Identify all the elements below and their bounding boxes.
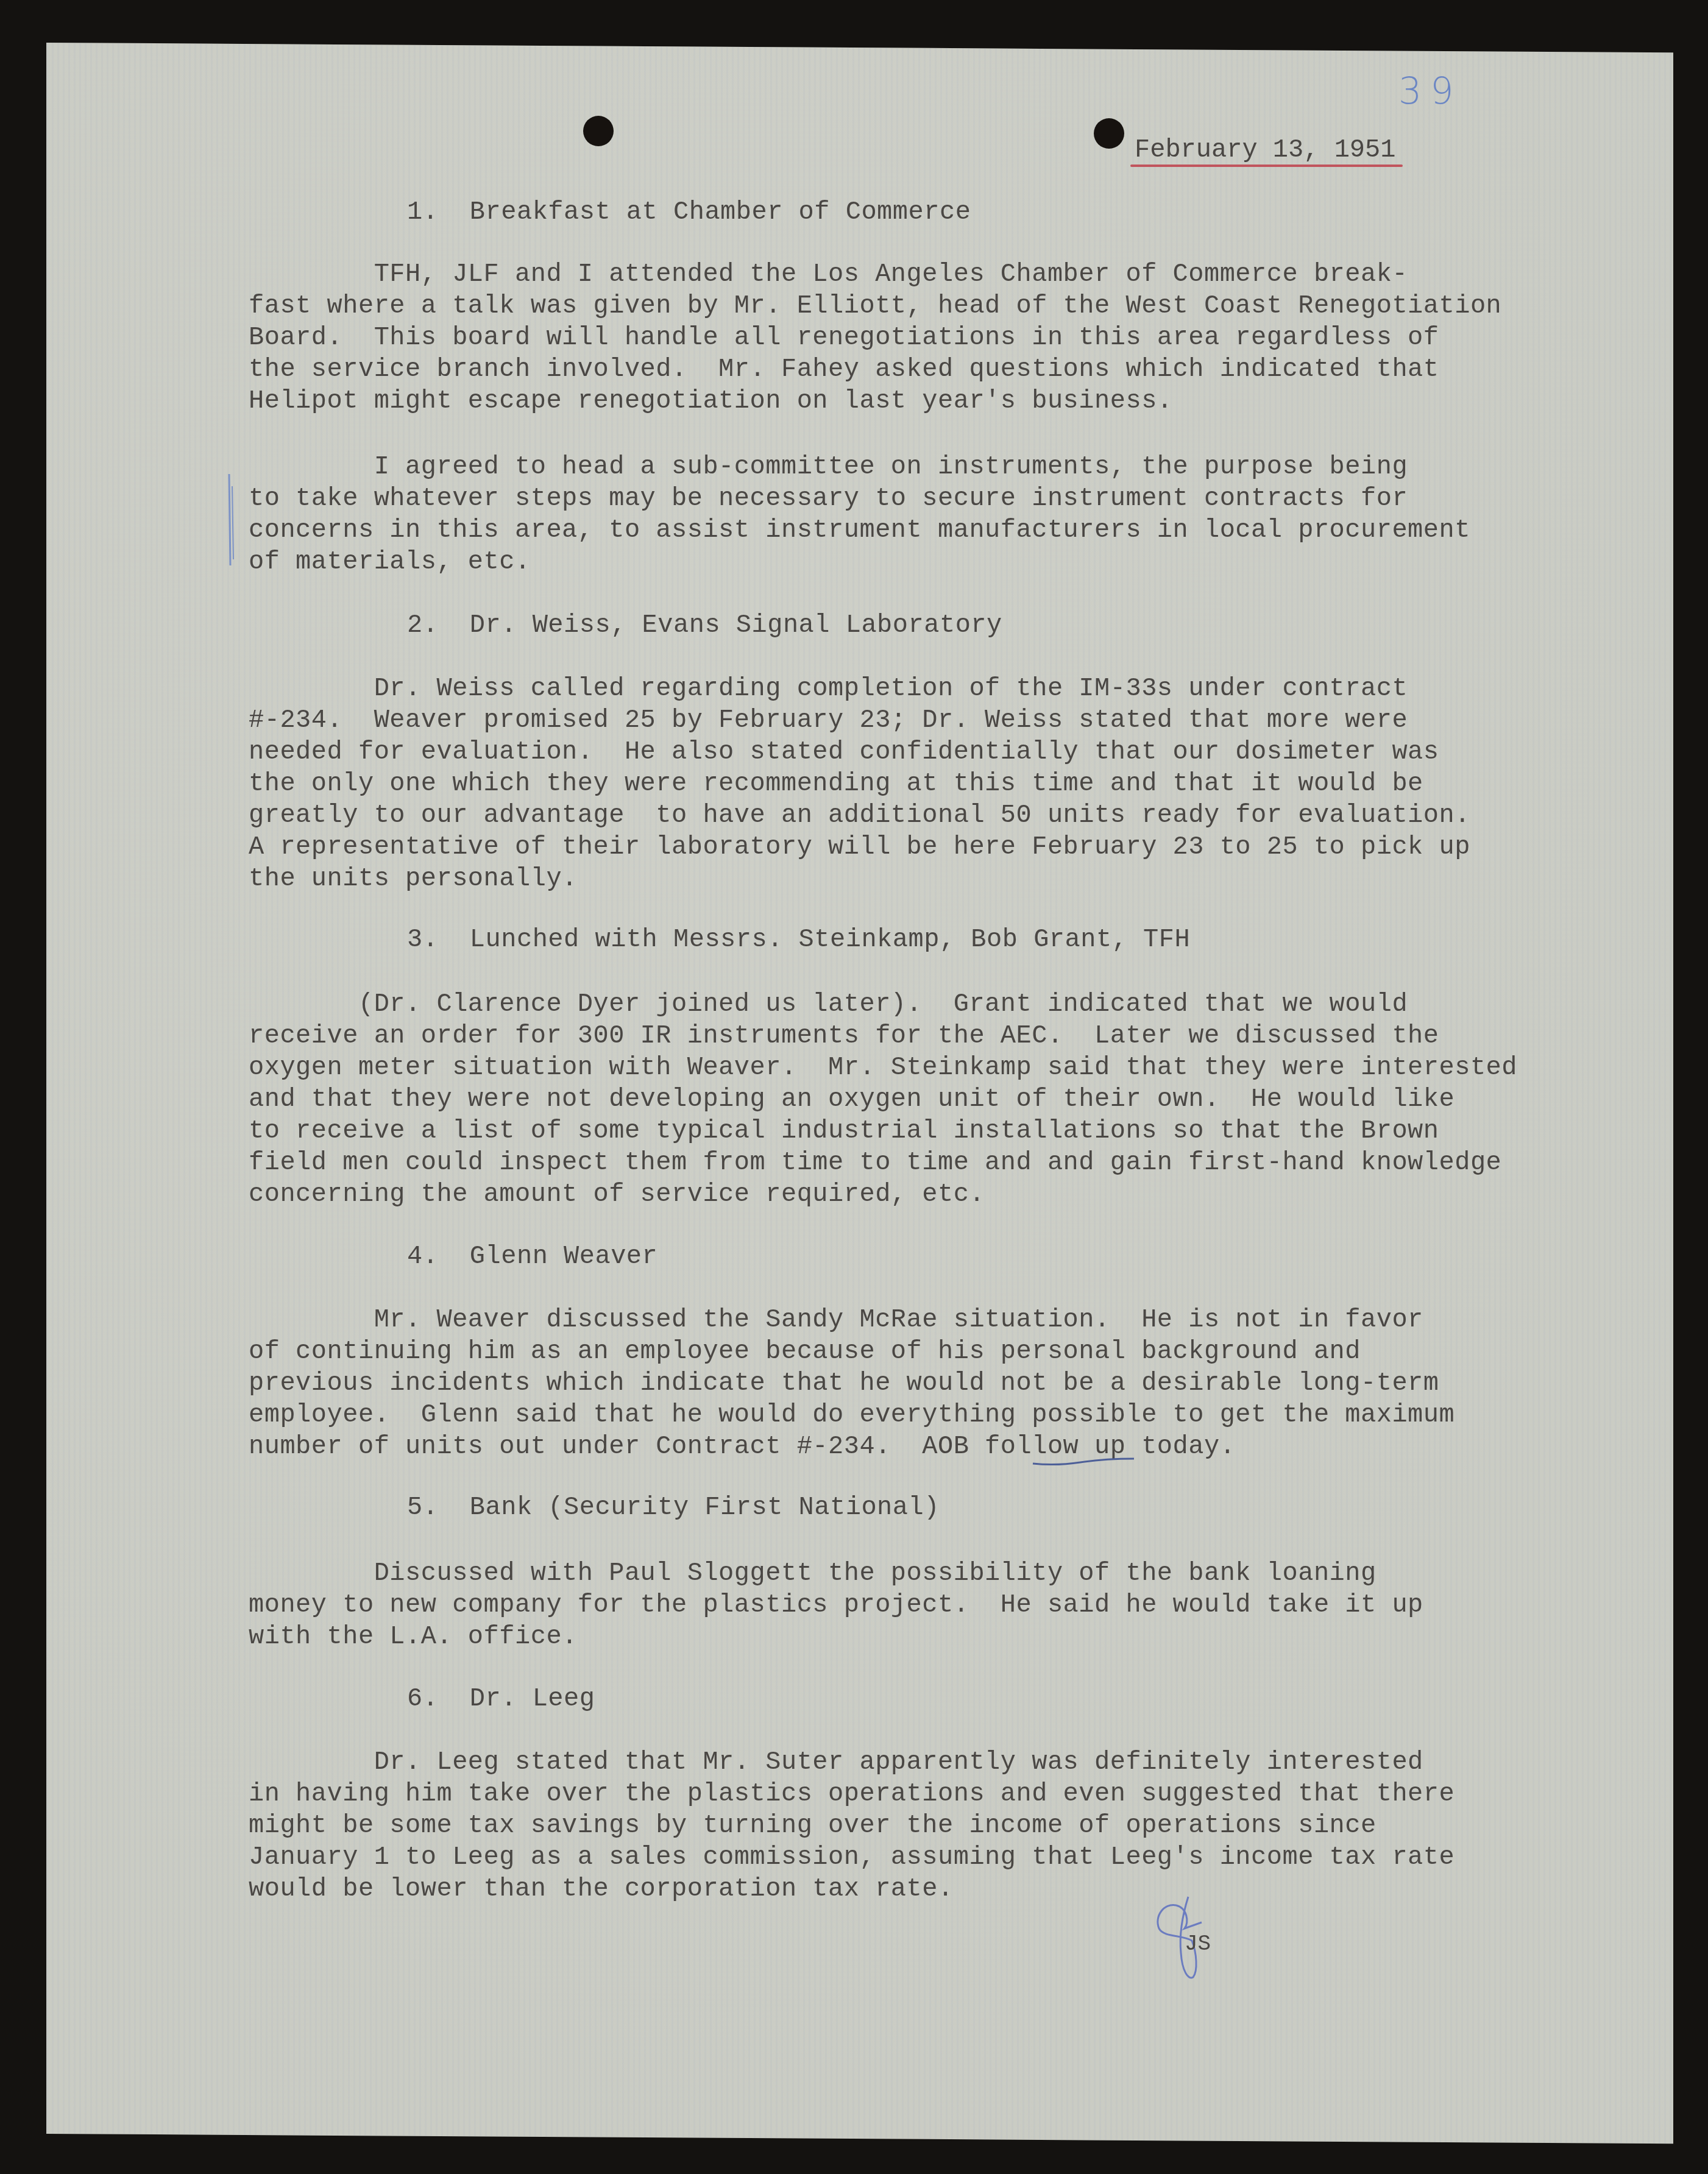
paragraph-line: (Dr. Clarence Dyer joined us later). Gra… xyxy=(249,988,1408,1020)
paragraph-line: oxygen meter situation with Weaver. Mr. … xyxy=(249,1052,1517,1083)
paragraph-line: Mr. Weaver discussed the Sandy McRae sit… xyxy=(249,1304,1423,1336)
typed-initials: JS xyxy=(1185,1931,1211,1956)
paragraph-line: to receive a list of some typical indust… xyxy=(249,1115,1439,1147)
paragraph-line: greatly to our advantage to have an addi… xyxy=(249,799,1470,831)
paragraph-line: of materials, etc. xyxy=(249,546,531,578)
paragraph-line: and that they were not developing an oxy… xyxy=(249,1083,1455,1115)
paragraph-line: receive an order for 300 IR instruments … xyxy=(249,1020,1439,1052)
paragraph-line: the service branch involved. Mr. Fahey a… xyxy=(249,353,1439,385)
red-underline xyxy=(1130,165,1403,167)
paragraph-line: January 1 to Leeg as a sales commission,… xyxy=(249,1841,1455,1873)
margin-pencil-mark-icon xyxy=(227,474,235,565)
punch-hole-right xyxy=(1094,118,1124,149)
paragraph-line: Discussed with Paul Sloggett the possibi… xyxy=(249,1557,1377,1589)
section-2-heading: 2. Dr. Weiss, Evans Signal Laboratory xyxy=(407,609,1002,641)
paragraph-line: might be some tax savings by turning ove… xyxy=(249,1810,1377,1841)
document-date: February 13, 1951 xyxy=(1135,135,1395,165)
section-4-heading: 4. Glenn Weaver xyxy=(407,1241,657,1272)
ink-underline-followup-icon xyxy=(1032,1455,1135,1467)
paragraph-line: A representative of their laboratory wil… xyxy=(249,831,1470,863)
paragraph-line: employee. Glenn said that he would do ev… xyxy=(249,1399,1455,1431)
section-1-heading: 1. Breakfast at Chamber of Commerce xyxy=(407,196,971,228)
paragraph-line: the only one which they were recommendin… xyxy=(249,768,1423,799)
paragraph-line: the units personally. xyxy=(249,863,578,894)
paragraph-line: with the L.A. office. xyxy=(249,1621,578,1652)
paragraph-line: money to new company for the plastics pr… xyxy=(249,1589,1423,1621)
section-3-heading: 3. Lunched with Messrs. Steinkamp, Bob G… xyxy=(407,924,1190,955)
paragraph-line: Board. This board will handle all renego… xyxy=(249,322,1439,353)
paragraph-line: would be lower than the corporation tax … xyxy=(249,1873,954,1905)
paragraph-line: I agreed to head a sub-committee on inst… xyxy=(249,451,1408,483)
paragraph-line: Dr. Leeg stated that Mr. Suter apparentl… xyxy=(249,1746,1423,1778)
paragraph-line: of continuing him as an employee because… xyxy=(249,1336,1361,1367)
paragraph-line: TFH, JLF and I attended the Los Angeles … xyxy=(249,258,1408,290)
paragraph-line: previous incidents which indicate that h… xyxy=(249,1367,1439,1399)
section-6-heading: 6. Dr. Leeg xyxy=(407,1683,595,1715)
paragraph-line: to take whatever steps may be necessary … xyxy=(249,483,1408,514)
paragraph-line: needed for evaluation. He also stated co… xyxy=(249,736,1439,768)
paragraph-line: #-234. Weaver promised 25 by February 23… xyxy=(249,704,1408,736)
paragraph-line: concerning the amount of service require… xyxy=(249,1178,985,1210)
paragraph-line: field men could inspect them from time t… xyxy=(249,1147,1501,1178)
paragraph-line: Dr. Weiss called regarding completion of… xyxy=(249,673,1408,704)
paragraph-line: fast where a talk was given by Mr. Ellio… xyxy=(249,290,1501,322)
paragraph-line: in having him take over the plastics ope… xyxy=(249,1778,1455,1810)
paragraph-line: concerns in this area, to assist instrum… xyxy=(249,514,1470,546)
paragraph-line: Helipot might escape renegotiation on la… xyxy=(249,385,1173,417)
punch-hole-left xyxy=(583,116,614,146)
section-5-heading: 5. Bank (Security First National) xyxy=(407,1492,940,1523)
handwritten-page-number: 39 xyxy=(1398,70,1462,113)
